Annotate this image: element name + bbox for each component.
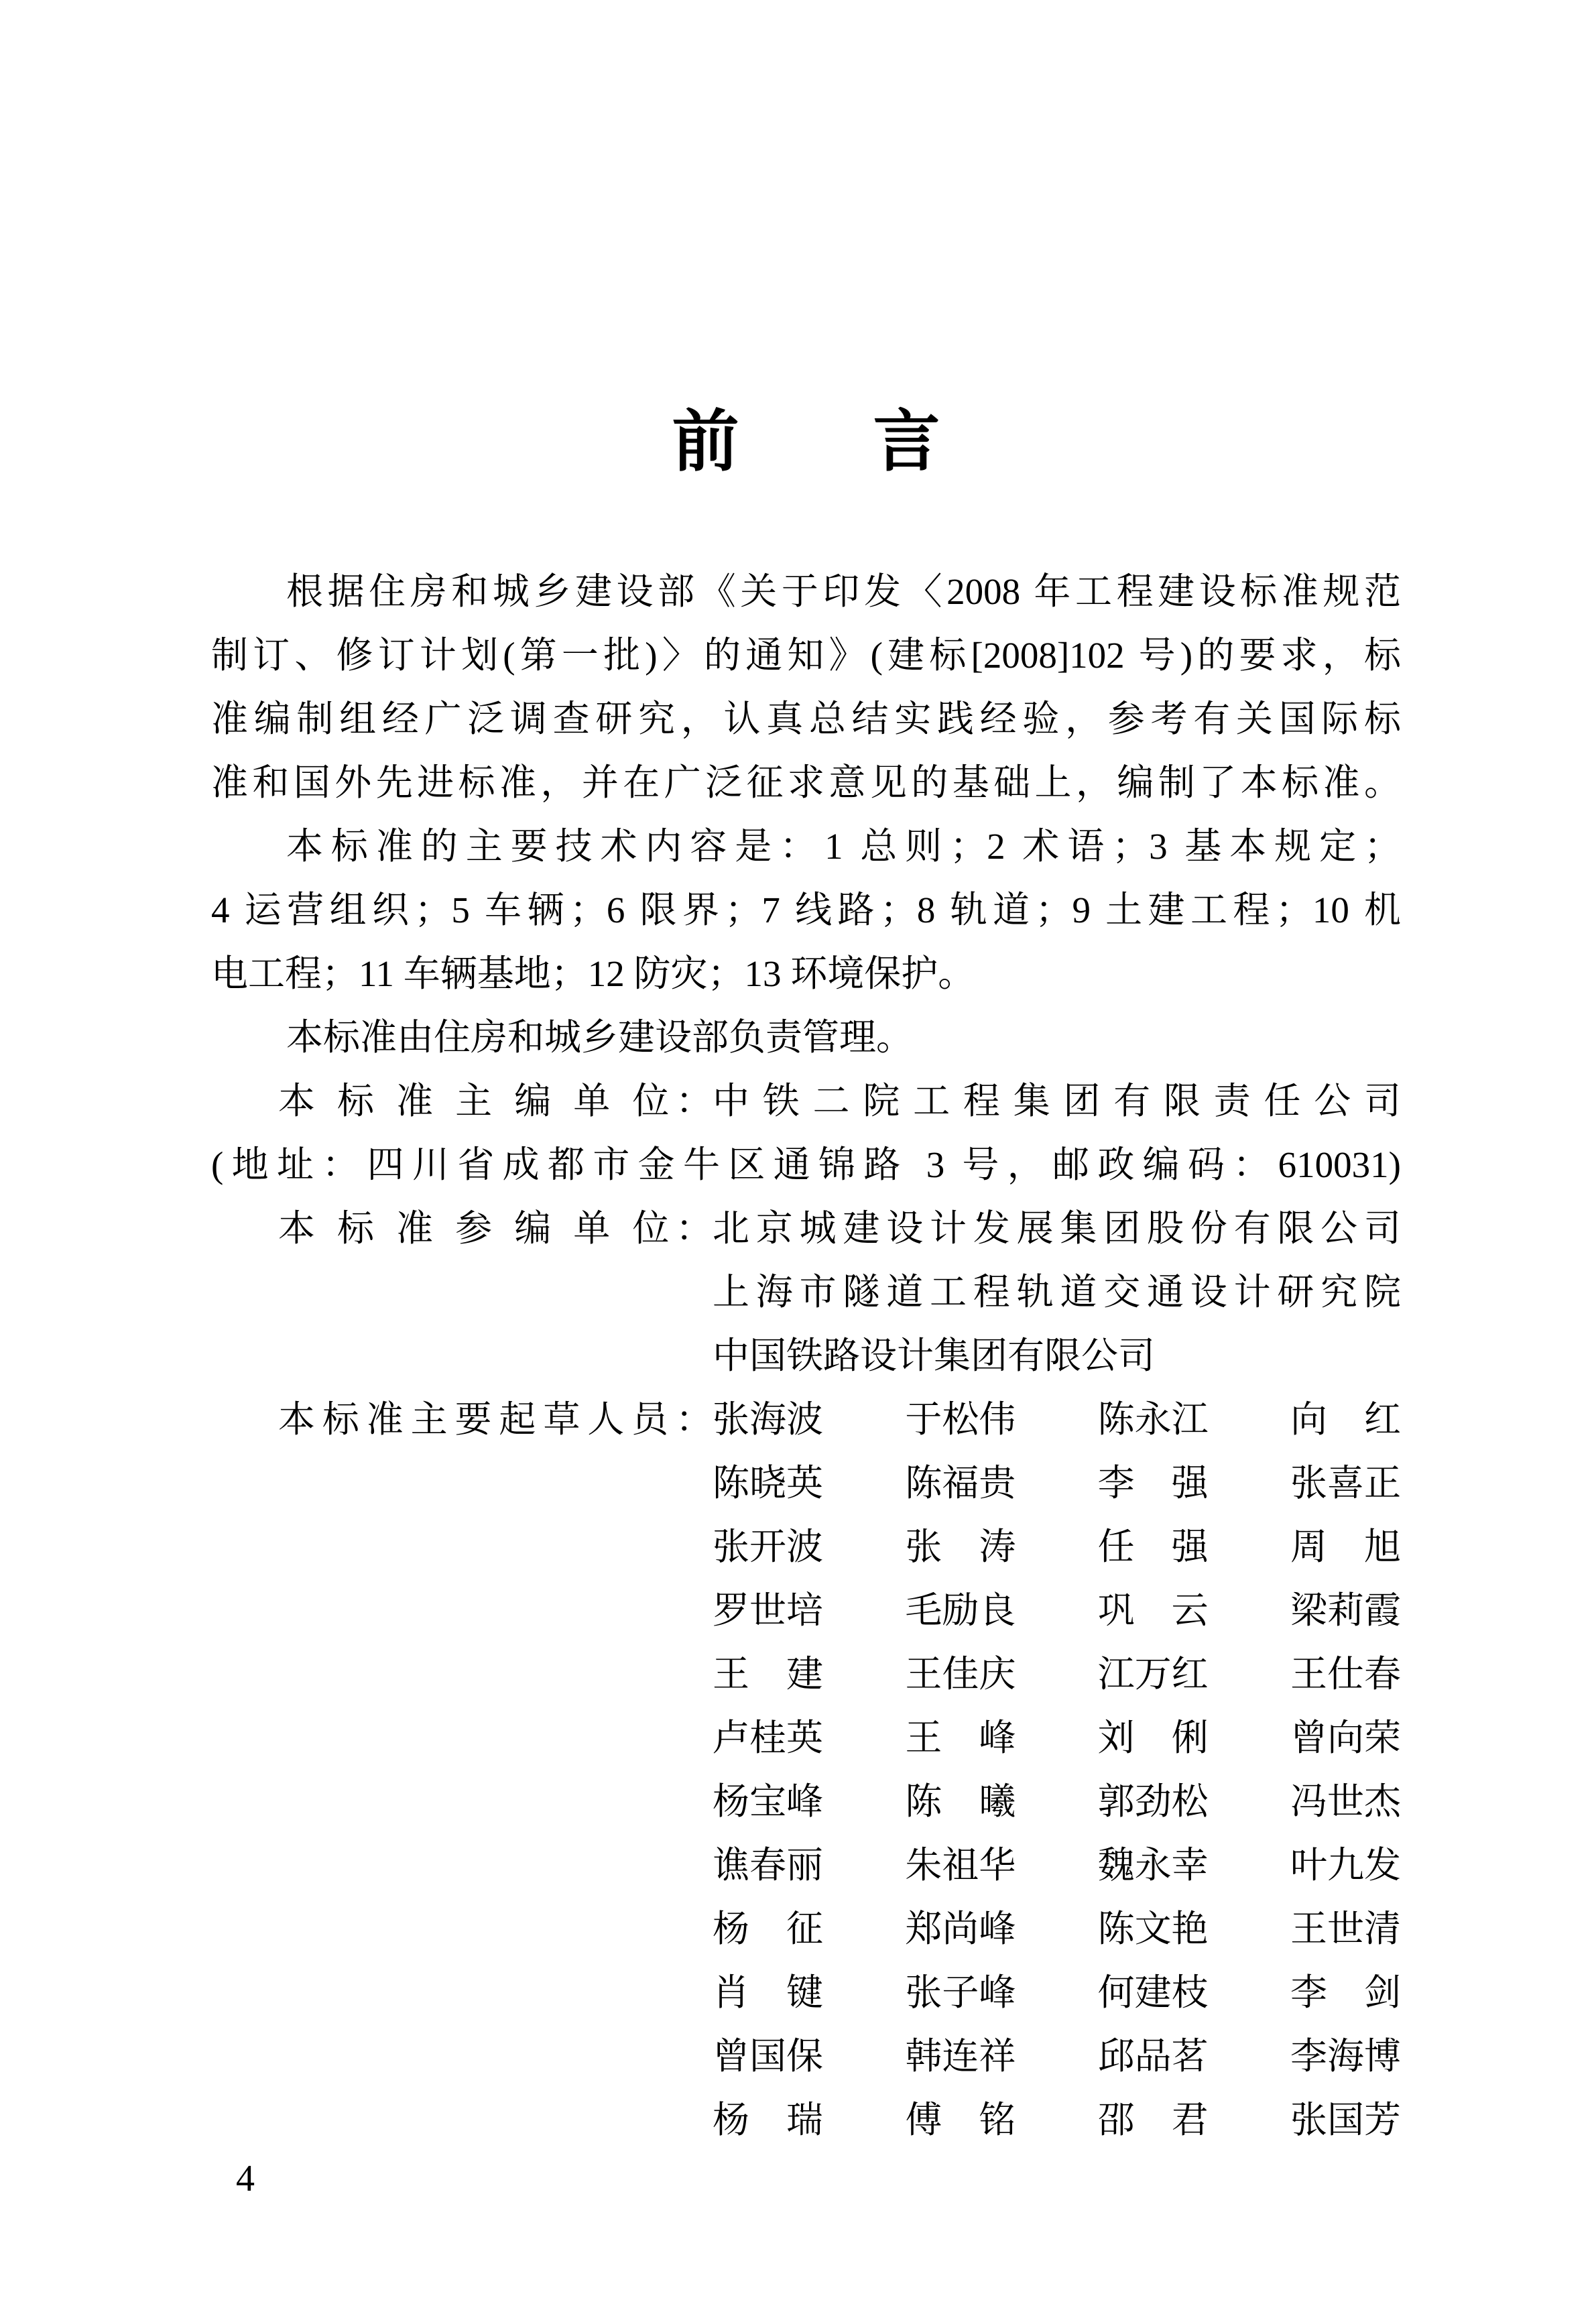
drafter-name: 邱品茗 [1098,2024,1209,2088]
drafter-name: 陈文艳 [1098,1897,1209,1961]
chief-editor-line: 本 标 准 主 编 单 位： 中铁二院工程集团有限责任公司 [211,1069,1401,1133]
participant-unit: 中国铁路设计集团有限公司 [211,1324,1401,1388]
drafter-name: 卢桂英 [713,1706,823,1770]
drafter-name-row: 杨 征 郑尚峰 陈文艳 王世清 [713,1897,1401,1961]
drafter-name: 李 强 [1098,1451,1209,1515]
chief-editor-unit: 中铁二院工程集团有限责任公司 [713,1069,1401,1133]
page-title: 前 言 [211,402,1401,483]
drafter-name: 张喜正 [1290,1451,1401,1515]
drafter-name: 王 建 [713,1642,823,1706]
management-line: 本标准由住房和城乡建设部负责管理。 [211,1006,1401,1069]
drafter-name: 杨 瑞 [713,2088,823,2152]
drafter-name-row: 王 建 王佳庆 江万红 王仕春 [713,1642,1401,1706]
drafter-name: 巩 云 [1098,1579,1209,1642]
drafter-row: 曾国保 韩连祥 邱品茗 李海博 [211,2024,1401,2088]
drafter-name-row: 张海波 于松伟 陈永江 向 红 [713,1388,1401,1451]
drafter-name: 张开波 [713,1515,823,1579]
drafter-name: 梁莉霞 [1290,1579,1401,1642]
chief-editor-label: 本 标 准 主 编 单 位： [278,1069,713,1133]
document-page: 前 言 根据住房和城乡建设部《关于印发〈2008 年工程建设标准规范 制订、修订… [0,0,1596,2310]
intro-line: 制订、修订计划(第一批)〉的通知》(建标[2008]102 号)的要求，标 [211,623,1401,687]
drafter-name: 张子峰 [905,1961,1016,2024]
drafter-name: 李 剑 [1290,1961,1401,2024]
contents-line: 本标准的主要技术内容是：1 总则；2 术语；3 基本规定； [211,814,1401,878]
chief-editor-address: (地址：四川省成都市金牛区通锦路 3 号，邮政编码：610031) [211,1133,1401,1197]
drafter-name: 郑尚峰 [905,1897,1016,1961]
drafter-name: 陈永江 [1098,1388,1209,1451]
drafter-name: 王 峰 [905,1706,1016,1770]
drafter-name: 毛励良 [905,1579,1016,1642]
drafter-name-row: 谯春丽 朱祖华 魏永幸 叶九发 [713,1833,1401,1897]
drafter-name: 王世清 [1290,1897,1401,1961]
drafter-name: 杨宝峰 [713,1770,823,1833]
participants-label: 本 标 准 参 编 单 位： [278,1197,713,1260]
participant-unit: 上海市隧道工程轨道交通设计研究院 [211,1260,1401,1324]
drafter-row: 卢桂英 王 峰 刘 俐 曾向荣 [211,1706,1401,1770]
drafter-name: 江万红 [1098,1642,1209,1706]
drafter-name: 周 旭 [1290,1515,1401,1579]
participants-line: 本 标 准 参 编 单 位： 北京城建设计发展集团股份有限公司 [211,1197,1401,1260]
drafter-name: 罗世培 [713,1579,823,1642]
drafter-name: 韩连祥 [905,2024,1016,2088]
drafter-name: 张 涛 [905,1515,1016,1579]
drafter-name-row: 杨宝峰 陈 曦 郭劲松 冯世杰 [713,1770,1401,1833]
drafter-name: 魏永幸 [1098,1833,1209,1897]
drafter-name: 陈 曦 [905,1770,1016,1833]
drafter-name: 邵 君 [1098,2088,1209,2152]
drafter-name: 于松伟 [905,1388,1016,1451]
participant-unit: 北京城建设计发展集团股份有限公司 [713,1197,1401,1260]
drafter-row: 王 建 王佳庆 江万红 王仕春 [211,1642,1401,1706]
drafter-name: 傅 铭 [905,2088,1016,2152]
drafter-name: 刘 俐 [1098,1706,1209,1770]
drafter-name: 何建枝 [1098,1961,1209,2024]
drafter-name-row: 肖 键 张子峰 何建枝 李 剑 [713,1961,1401,2024]
page-number: 4 [236,2155,255,2202]
intro-line: 准编制组经广泛调查研究，认真总结实践经验，参考有关国际标 [211,687,1401,751]
drafter-name: 杨 征 [713,1897,823,1961]
drafter-name: 朱祖华 [905,1833,1016,1897]
drafter-name-row: 曾国保 韩连祥 邱品茗 李海博 [713,2024,1401,2088]
drafter-name: 向 红 [1290,1388,1401,1451]
drafter-name-row: 杨 瑞 傅 铭 邵 君 张国芳 [713,2088,1401,2152]
drafter-name-row: 罗世培 毛励良 巩 云 梁莉霞 [713,1579,1401,1642]
drafter-row: 肖 键 张子峰 何建枝 李 剑 [211,1961,1401,2024]
drafter-name: 曾向荣 [1290,1706,1401,1770]
drafter-row: 罗世培 毛励良 巩 云 梁莉霞 [211,1579,1401,1642]
drafter-row: 杨 征 郑尚峰 陈文艳 王世清 [211,1897,1401,1961]
drafter-name: 郭劲松 [1098,1770,1209,1833]
drafters-label: 本标准主要起草人员： [278,1388,713,1451]
drafter-name: 冯世杰 [1290,1770,1401,1833]
drafter-name: 陈福贵 [905,1451,1016,1515]
drafter-row: 杨宝峰 陈 曦 郭劲松 冯世杰 [211,1770,1401,1833]
intro-line: 准和国外先进标准，并在广泛征求意见的基础上，编制了本标准。 [211,751,1401,814]
drafter-row: 杨 瑞 傅 铭 邵 君 张国芳 [211,2088,1401,2152]
drafter-name: 陈晓英 [713,1451,823,1515]
contents-line: 4 运营组织；5 车辆；6 限界；7 线路；8 轨道；9 土建工程；10 机 [211,878,1401,942]
drafter-name: 谯春丽 [713,1833,823,1897]
drafter-row: 张开波 张 涛 任 强 周 旭 [211,1515,1401,1579]
drafter-name: 王佳庆 [905,1642,1016,1706]
drafter-name-row: 张开波 张 涛 任 强 周 旭 [713,1515,1401,1579]
drafters-first-row: 本标准主要起草人员： 张海波 于松伟 陈永江 向 红 [211,1388,1401,1451]
drafter-name: 李海博 [1290,2024,1401,2088]
drafter-row: 谯春丽 朱祖华 魏永幸 叶九发 [211,1833,1401,1897]
drafter-name: 肖 键 [713,1961,823,2024]
drafter-name-row: 卢桂英 王 峰 刘 俐 曾向荣 [713,1706,1401,1770]
drafter-name: 张国芳 [1290,2088,1401,2152]
drafter-name: 王仕春 [1290,1642,1401,1706]
intro-line: 根据住房和城乡建设部《关于印发〈2008 年工程建设标准规范 [211,560,1401,623]
drafter-name: 曾国保 [713,2024,823,2088]
drafter-row: 陈晓英 陈福贵 李 强 张喜正 [211,1451,1401,1515]
contents-line: 电工程；11 车辆基地；12 防灾；13 环境保护。 [211,942,1401,1006]
page-content: 根据住房和城乡建设部《关于印发〈2008 年工程建设标准规范 制订、修订计划(第… [211,560,1401,2152]
drafter-name: 张海波 [713,1388,823,1451]
drafter-name: 任 强 [1098,1515,1209,1579]
drafter-name: 叶九发 [1290,1833,1401,1897]
drafter-name-row: 陈晓英 陈福贵 李 强 张喜正 [713,1451,1401,1515]
